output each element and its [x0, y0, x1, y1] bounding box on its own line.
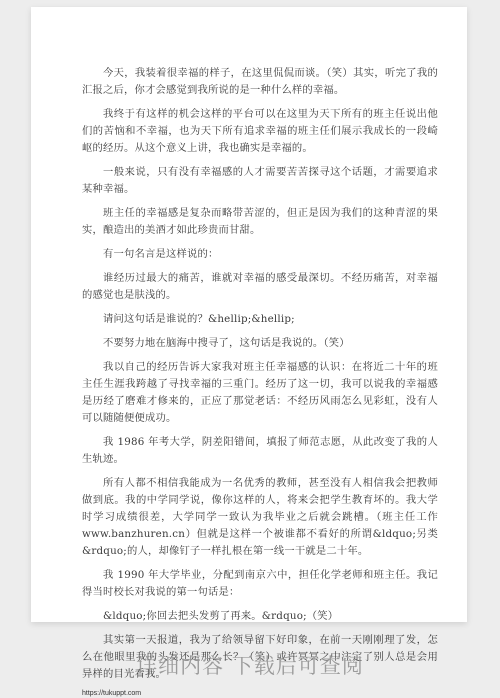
document-content: 今天，我装着很幸福的样子，在这里侃侃而谈。（笑）其实，听完了我的汇报之后，你才会…: [82, 65, 438, 697]
paragraph: &ldquo;你回去把头发剪了再来。&rdquo;（笑）: [82, 608, 438, 625]
paragraph: 不要努力地在脑海中搜寻了，这句话是我说的。（笑）: [82, 335, 438, 352]
paragraph: 谁经历过最大的痛苦，谁就对幸福的感受最深切。不经历痛苦，对幸福的感觉也是肤浅的。: [82, 270, 438, 304]
paragraph: 所有人都不相信我能成为一名优秀的教师，甚至没有人相信我会把教师做到底。我的中学同…: [82, 475, 438, 560]
paragraph: 请问这句话是谁说的？&hellip;&hellip;: [82, 311, 438, 328]
paragraph: 我以自己的经历告诉大家我对班主任幸福感的认识：在将近二十年的班主任生涯我跨越了寻…: [82, 359, 438, 427]
paragraph: 班主任的幸福感是复杂而略带苦涩的，但正是因为我们的这种青涩的果实，酿造出的美酒才…: [82, 205, 438, 239]
paragraph: 一般来说，只有没有幸福感的人才需要苦苦探寻这个话题，才需要追求某种幸福。: [82, 164, 438, 198]
paragraph: 我终于有这样的机会这样的平台可以在这里为天下所有的班主任说出他们的苦恼和不幸福，…: [82, 106, 438, 157]
paragraph: 我 1986 年考大学，阴差阳错间，填报了师范志愿，从此改变了我的人生轨迹。: [82, 434, 438, 468]
footer-url[interactable]: https://tukuppt.com: [82, 690, 438, 697]
download-notice: 详细内容 下载后可查阅: [0, 650, 500, 680]
paragraph: 今天，我装着很幸福的样子，在这里侃侃而谈。（笑）其实，听完了我的汇报之后，你才会…: [82, 65, 438, 99]
document-page: 今天，我装着很幸福的样子，在这里侃侃而谈。（笑）其实，听完了我的汇报之后，你才会…: [31, 7, 467, 622]
paragraph: 有一句名言是这样说的：: [82, 246, 438, 263]
paragraph: 我 1990 年大学毕业，分配到南京六中，担任化学老师和班主任。我记得当时校长对…: [82, 567, 438, 601]
